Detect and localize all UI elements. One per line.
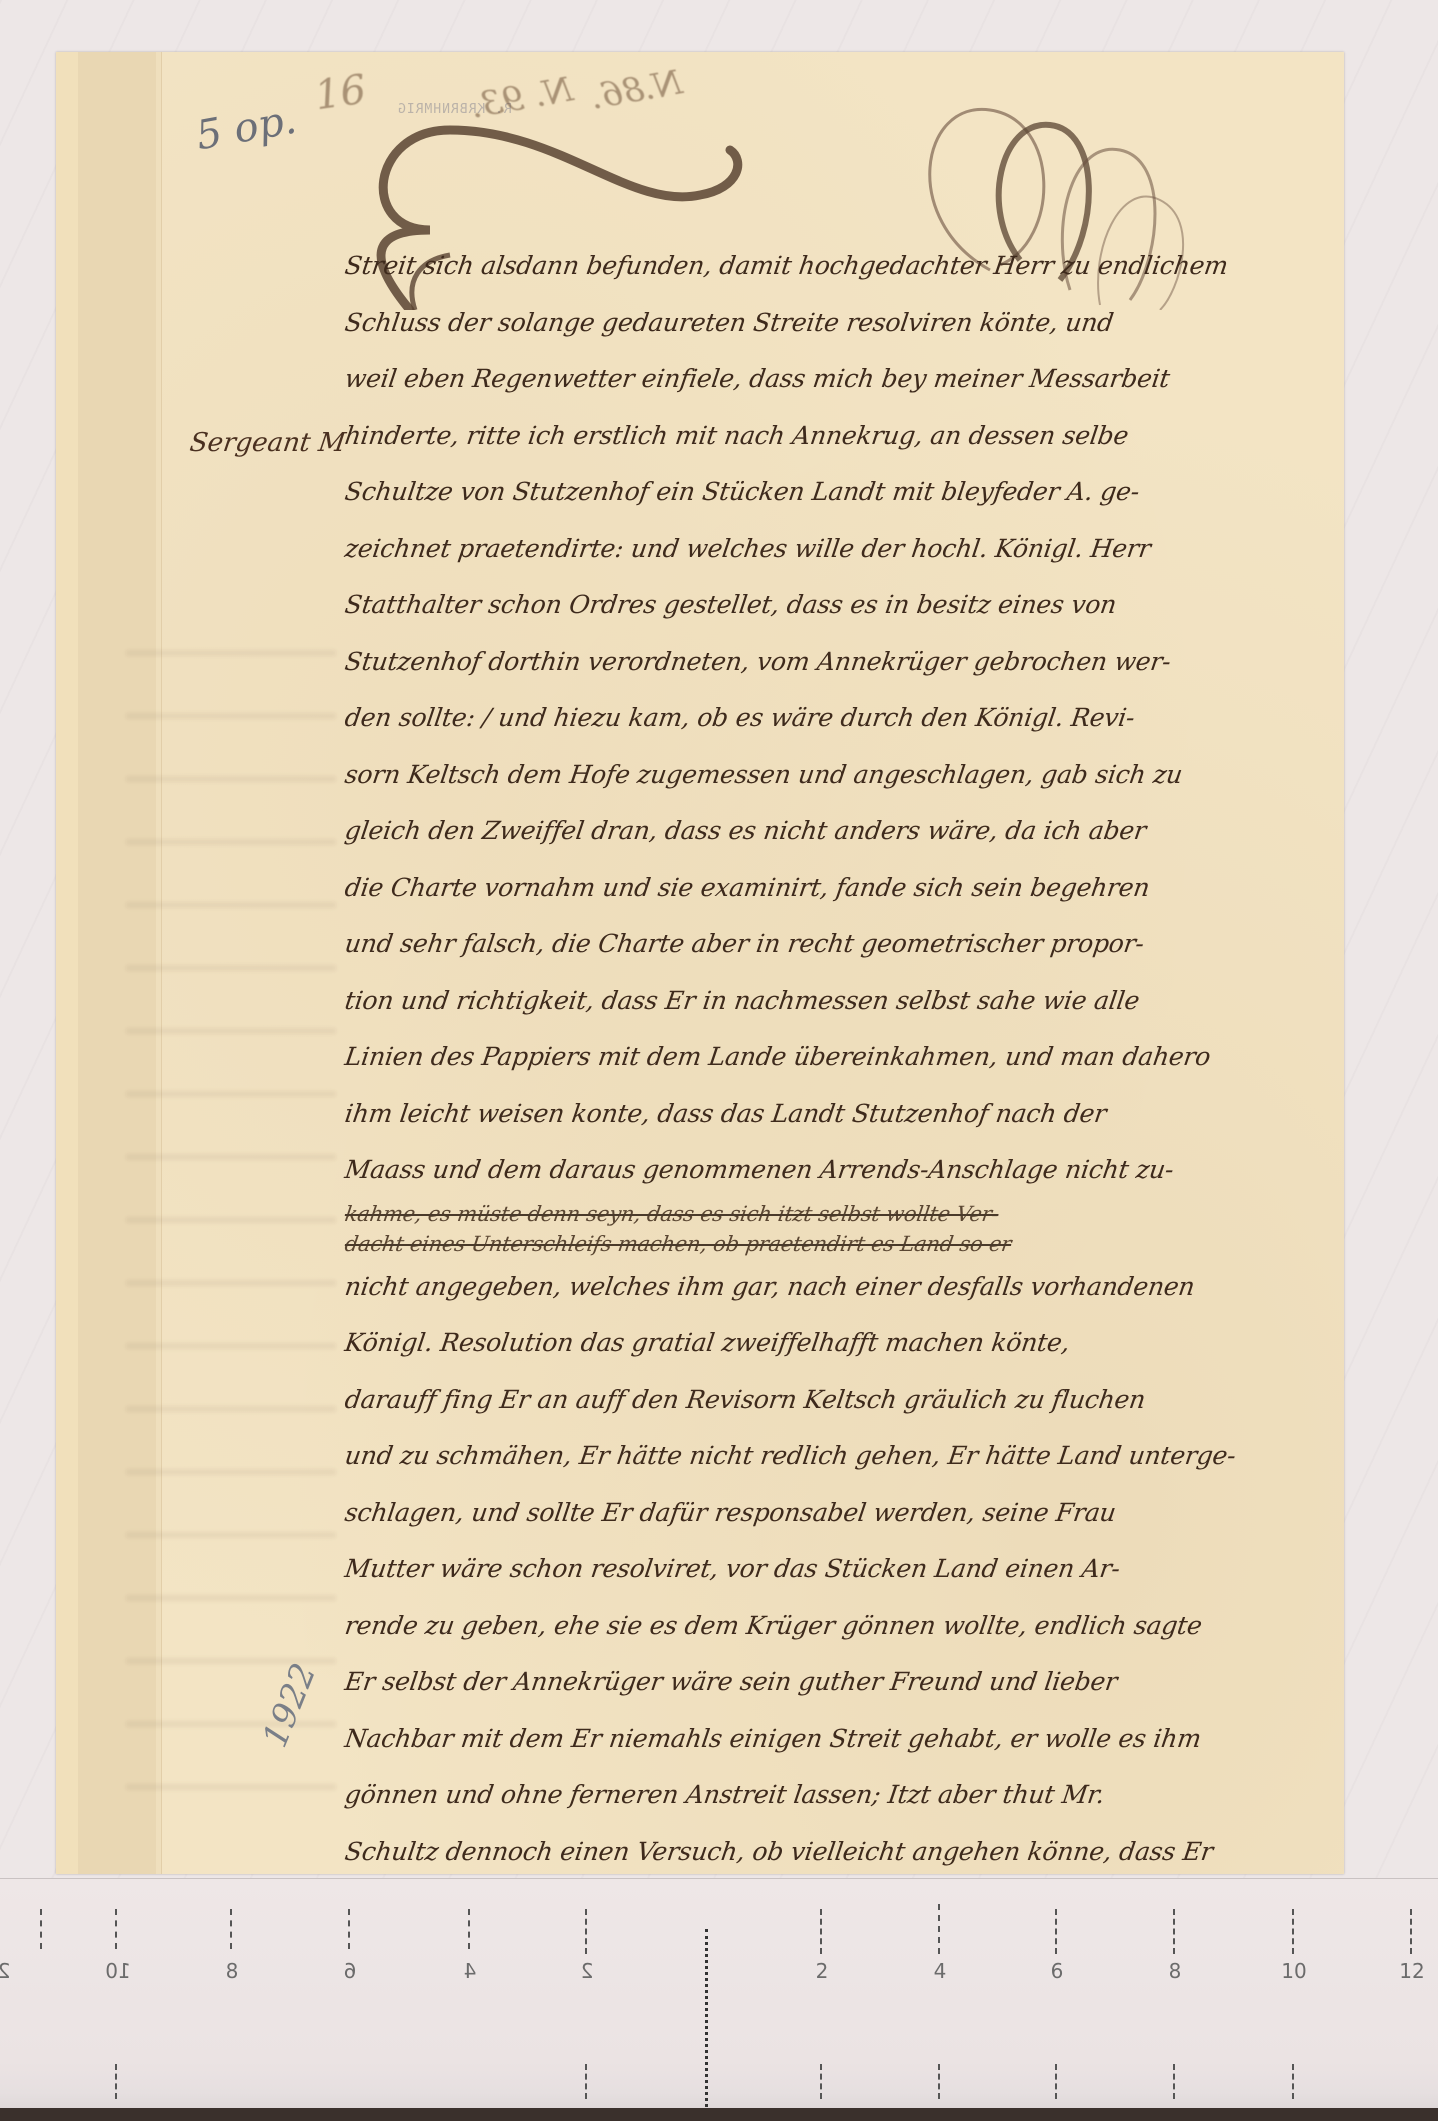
manuscript-line: ihm leicht weisen konte, dass das Landt … bbox=[341, 1086, 1349, 1143]
ruler-tick bbox=[585, 1909, 588, 1954]
ruler-label: 10 bbox=[105, 1959, 130, 1983]
ruler-label: 2 bbox=[816, 1959, 829, 1983]
manuscript-line: zeichnet praetendirte: und welches wille… bbox=[341, 521, 1349, 578]
manuscript-line: Schluss der solange gedaureten Streite r… bbox=[341, 295, 1349, 352]
ruler-tick bbox=[1173, 1909, 1176, 1954]
ruler-label: 4 bbox=[934, 1959, 947, 1983]
manuscript-line: Er selbst der Annekrüger wäre sein guthe… bbox=[341, 1654, 1349, 1711]
manuscript-line: gleich den Zweiffel dran, dass es nicht … bbox=[341, 803, 1349, 860]
struck-through-line: kahme, es müste denn seyn, dass es sich … bbox=[343, 1199, 1347, 1229]
ruler-tick bbox=[938, 2064, 941, 2099]
manuscript-line: Statthalter schon Ordres gestellet, dass… bbox=[341, 577, 1349, 634]
manuscript-line: schlagen, und sollte Er dafür responsabe… bbox=[341, 1485, 1349, 1542]
manuscript-line: den sollte: / und hiezu kam, ob es wäre … bbox=[341, 690, 1349, 747]
ruler-label: 10 bbox=[1281, 1959, 1306, 1983]
ruler-tick bbox=[1173, 2064, 1176, 2099]
ruler-tick bbox=[1055, 2064, 1058, 2099]
ruler-label: 4 bbox=[464, 1959, 477, 1983]
manuscript-line: weil eben Regenwetter einfiele, dass mic… bbox=[341, 351, 1349, 408]
manuscript-line: Maass und dem daraus genommenen Arrends-… bbox=[341, 1142, 1349, 1199]
ruler-tick bbox=[115, 2064, 118, 2099]
manuscript-line: Streit sich alsdann befunden, damit hoch… bbox=[341, 238, 1349, 295]
ruler-tick bbox=[585, 2064, 588, 2099]
manuscript-line: darauff fing Er an auff den Revisorn Kel… bbox=[341, 1372, 1349, 1429]
manuscript-line: Schultze von Stutzenhof ein Stücken Land… bbox=[341, 464, 1349, 521]
ruler-tick bbox=[468, 1909, 471, 1949]
ruler-label: 2 bbox=[581, 1959, 594, 1983]
manuscript-line: die Charte vornahm und sie examinirt, fa… bbox=[341, 860, 1349, 917]
manuscript-line: und zu schmähen, Er hätte nicht redlich … bbox=[341, 1428, 1349, 1485]
ruler-tick bbox=[348, 1909, 351, 1949]
ruler-tick bbox=[1292, 2064, 1295, 2099]
ruler-tick bbox=[820, 2064, 823, 2099]
manuscript-line: Stutzenhof dorthin verordneten, vom Anne… bbox=[341, 634, 1349, 691]
manuscript-line: Schultz dennoch einen Versuch, ob vielle… bbox=[341, 1824, 1349, 1881]
manuscript-line: hinderte, ritte ich erstlich mit nach An… bbox=[341, 408, 1349, 465]
ruler-edge bbox=[0, 2108, 1438, 2121]
ruler-label: 2 bbox=[0, 1959, 10, 1983]
manuscript-line: Mutter wäre schon resolviret, vor das St… bbox=[341, 1541, 1349, 1598]
ruler-tick bbox=[1292, 1909, 1295, 1954]
ruler-tick bbox=[1410, 1909, 1413, 1954]
manuscript-line: nicht angegeben, welches ihm gar, nach e… bbox=[341, 1259, 1349, 1316]
ruler-tick bbox=[820, 1909, 823, 1954]
ruler-tick bbox=[1055, 1909, 1058, 1954]
margin-annotation: Sergeant M bbox=[188, 428, 347, 458]
ruler-label: 6 bbox=[1051, 1959, 1064, 1983]
ruler-label: 8 bbox=[226, 1959, 239, 1983]
manuscript-text: Streit sich alsdann befunden, damit hoch… bbox=[345, 238, 1345, 2050]
manuscript-line: tion und richtigkeit, dass Er in nachmes… bbox=[341, 973, 1349, 1030]
struck-through-line: dacht eines Unterschleifs machen, ob pra… bbox=[343, 1229, 1347, 1259]
ink-bleed-through bbox=[126, 612, 336, 1812]
manuscript-line: rende zu geben, ehe sie es dem Krüger gö… bbox=[341, 1598, 1349, 1655]
manuscript-line: Nachbar mit dem Er niemahls einigen Stre… bbox=[341, 1711, 1349, 1768]
measurement-ruler: 2 10 8 6 4 2 2 4 6 8 10 12 bbox=[0, 1878, 1438, 2121]
ruler-tick bbox=[230, 1909, 233, 1949]
ruler-label: 8 bbox=[1169, 1959, 1182, 1983]
manuscript-line: Linien des Pappiers mit dem Lande überei… bbox=[341, 1029, 1349, 1086]
manuscript-line: Königl. Resolution das gratial zweiffelh… bbox=[341, 1315, 1349, 1372]
manuscript-line: gönnen und ohne ferneren Anstreit lassen… bbox=[341, 1767, 1349, 1824]
ruler-label: 6 bbox=[344, 1959, 357, 1983]
ruler-tick bbox=[938, 1904, 941, 1954]
ruler-tick bbox=[115, 1909, 118, 1949]
ruler-label: 12 bbox=[1399, 1959, 1424, 1983]
ruler-tick bbox=[40, 1909, 43, 1949]
manuscript-line: sorn Keltsch dem Hofe zugemessen und ang… bbox=[341, 747, 1349, 804]
ruler-center-line bbox=[705, 1929, 712, 2119]
manuscript-line: und sehr falsch, die Charte aber in rech… bbox=[341, 916, 1349, 973]
